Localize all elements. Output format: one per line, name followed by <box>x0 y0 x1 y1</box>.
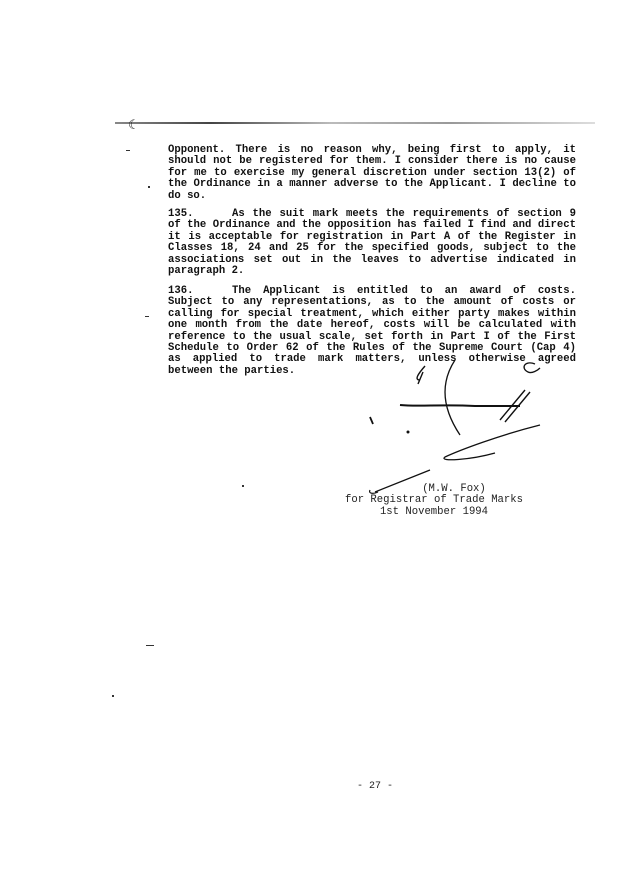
paragraph-135: 135.As the suit mark meets the requireme… <box>168 209 576 277</box>
scan-speck <box>146 645 154 646</box>
scan-speck <box>145 316 149 317</box>
handwritten-signature <box>330 360 570 500</box>
signature-block: (M.W. Fox) for Registrar of Trade Marks … <box>334 484 534 518</box>
paragraph-continuation: Opponent. There is no reason why, being … <box>168 145 576 202</box>
scan-speck <box>242 485 244 487</box>
hole-punch-mark-icon: ☾ <box>128 118 140 133</box>
document-page: ☾ Opponent. There is no reason why, bein… <box>0 0 629 877</box>
page-number: - 27 - <box>340 781 410 792</box>
scan-speck <box>126 150 130 151</box>
scan-edge-line <box>115 122 595 124</box>
scan-speck <box>148 186 150 188</box>
signature-date: 1st November 1994 <box>334 507 534 518</box>
scan-speck <box>112 695 114 697</box>
